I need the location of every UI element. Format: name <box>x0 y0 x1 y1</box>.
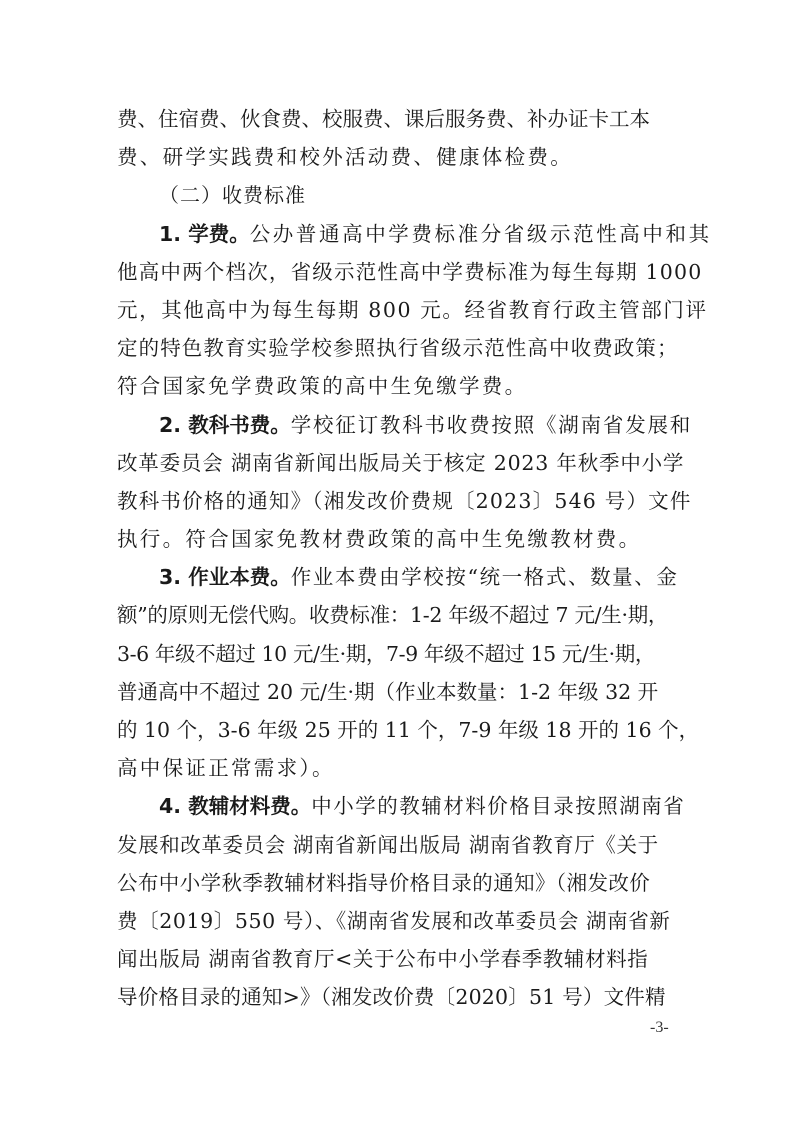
text-line: 费、研学实践费和校外活动费、健康体检费。 <box>117 138 677 176</box>
text-line: 教科书价格的通知》（湘发改价费规〔2023〕546 号）文件 <box>117 482 677 520</box>
page-number: -3- <box>650 1019 669 1037</box>
section-heading: （二）收费标准 <box>117 176 677 214</box>
body-text: 费、住宿费、伙食费、校服费、课后服务费、补办证卡工本 费、研学实践费和校外活动费… <box>117 100 677 1017</box>
text-line: 3-6 年级不超过 10 元/生·期，7-9 年级不超过 15 元/生·期， <box>117 635 677 673</box>
item-lead: 2. 教科书费。 <box>159 406 291 444</box>
text-line: 普通高中不超过 20 元/生·期（作业本数量：1-2 年级 32 开 <box>117 673 677 711</box>
text-line: 发展和改革委员会 湖南省新闻出版局 湖南省教育厅《关于 <box>117 826 677 864</box>
item-lead: 1. 学费。 <box>159 215 250 253</box>
text-line: 执行。符合国家免教材费政策的高中生免缴教材费。 <box>117 520 677 558</box>
item-first-line: 2. 教科书费。 学校征订教科书收费按照《湖南省发展和 <box>117 406 677 444</box>
text-line: 费〔2019〕550 号）、《湖南省发展和改革委员会 湖南省新 <box>117 902 677 940</box>
text-span: 公办普通高中学费标准分省级示范性高中和其 <box>250 215 712 253</box>
item-lead: 3. 作业本费。 <box>159 558 291 596</box>
text-span: 中小学的教辅材料价格目录按照湖南省 <box>311 787 685 825</box>
item-first-line: 1. 学费。 公办普通高中学费标准分省级示范性高中和其 <box>117 215 677 253</box>
document-page: 费、住宿费、伙食费、校服费、课后服务费、补办证卡工本 费、研学实践费和校外活动费… <box>0 0 793 1122</box>
text-line: 元，其他高中为每生每期 800 元。经省教育行政主管部门评 <box>117 291 677 329</box>
text-line: 高中保证正常需求）。 <box>117 749 677 787</box>
text-span: 作业本费由学校按“统一格式、数量、金 <box>291 558 679 596</box>
text-line: 的 10 个，3-6 年级 25 开的 11 个，7-9 年级 18 开的 16… <box>117 711 677 749</box>
text-line: 额”的原则无偿代购。收费标准：1-2 年级不超过 7 元/生·期， <box>117 596 677 634</box>
text-span: 学校征订教科书收费按照《湖南省发展和 <box>291 406 692 444</box>
item-first-line: 3. 作业本费。 作业本费由学校按“统一格式、数量、金 <box>117 558 677 596</box>
text-line: 他高中两个档次，省级示范性高中学费标准为每生每期 1000 <box>117 253 677 291</box>
text-line: 定的特色教育实验学校参照执行省级示范性高中收费政策； <box>117 329 677 367</box>
text-line: 公布中小学秋季教辅材料指导价格目录的通知》（湘发改价 <box>117 864 677 902</box>
item-first-line: 4. 教辅材料费。 中小学的教辅材料价格目录按照湖南省 <box>117 787 677 825</box>
text-line: 改革委员会 湖南省新闻出版局关于核定 2023 年秋季中小学 <box>117 444 677 482</box>
text-line: 闻出版局 湖南省教育厅<关于公布中小学春季教辅材料指 <box>117 940 677 978</box>
text-line: 费、住宿费、伙食费、校服费、课后服务费、补办证卡工本 <box>117 100 677 138</box>
item-lead: 4. 教辅材料费。 <box>159 787 311 825</box>
text-line: 符合国家免学费政策的高中生免缴学费。 <box>117 367 677 405</box>
text-line: 导价格目录的通知>》（湘发改价费〔2020〕51 号）文件精 <box>117 978 677 1016</box>
